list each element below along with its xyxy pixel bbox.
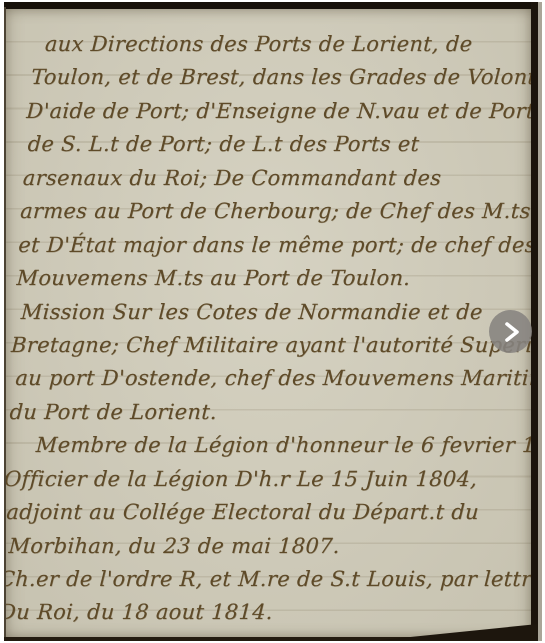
next-page-button[interactable]: [489, 310, 532, 353]
manuscript-line: Membre de la Légion d'honneur le 6 fevri…: [6, 429, 526, 462]
manuscript-text: aux Directions des Ports de Lorient, deT…: [6, 28, 531, 630]
manuscript-line: aux Directions des Ports de Lorient, de: [26, 28, 531, 61]
manuscript-line: Officier de la Légion D'h.r Le 15 Juin 1…: [6, 463, 524, 496]
scan-top-edge: [4, 2, 538, 9]
manuscript-line: arsenaux du Roi; De Commandant des: [19, 162, 531, 195]
manuscript-line: au port D'ostende, chef des Mouvemens Ma…: [8, 362, 529, 395]
manuscript-line: D'aide de Port; d'Enseigne de N.vau et d…: [23, 95, 531, 128]
manuscript-line: Bretagne; Chef Militaire ayant l'autorit…: [10, 329, 531, 362]
manuscript-line: du Port de Lorient.: [7, 396, 528, 429]
manuscript-line: Ch.er de l'ordre R, et M.re de S.t Louis…: [6, 563, 519, 596]
scan-left-edge: [4, 7, 6, 639]
manuscript-line: adjoint au Collége Electoral du Départ.t…: [6, 496, 522, 529]
chevron-right-icon: [496, 317, 526, 347]
manuscript-line: Toulon, et de Brest, dans les Grades de …: [24, 61, 531, 94]
manuscript-paper: aux Directions des Ports de Lorient, deT…: [6, 9, 531, 637]
scan-right-edge: [531, 2, 538, 641]
manuscript-line: Du Roi, du 18 aout 1814.: [6, 596, 517, 629]
manuscript-line: Mouvemens M.ts au Port de Toulon.: [14, 262, 531, 295]
scanned-manuscript-page: aux Directions des Ports de Lorient, deT…: [4, 2, 538, 641]
manuscript-line: de S. L.t de Port; de L.t des Ports et: [21, 128, 531, 161]
manuscript-line: et D'État major dans le même port; de ch…: [16, 229, 531, 262]
scan-right-shadow-strip: [538, 2, 542, 641]
manuscript-line: Mission Sur les Cotes de Normandie et de: [12, 296, 531, 329]
manuscript-line: armes au Port de Cherbourg; de Chef des …: [17, 195, 531, 228]
manuscript-line: Morbihan, du 23 de mai 1807.: [6, 530, 520, 563]
